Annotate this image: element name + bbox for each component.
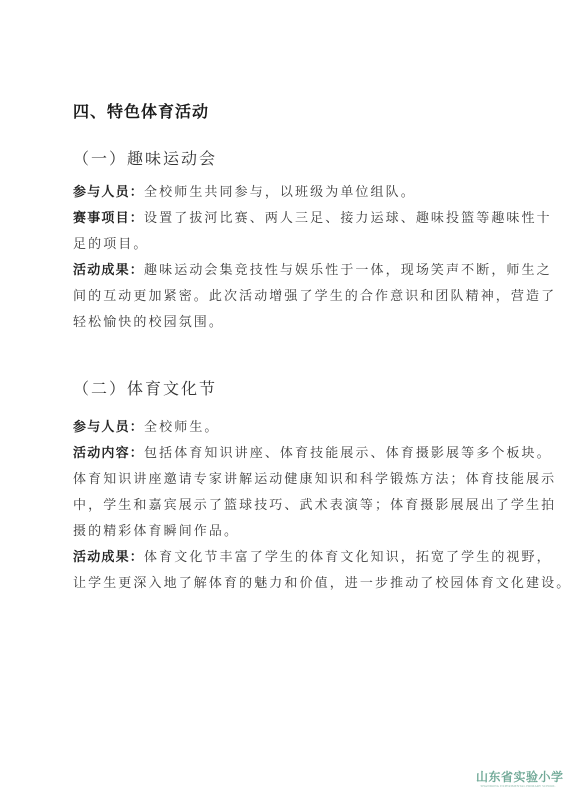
paragraph-content: 活动内容：包括体育知识讲座、体育技能展示、体育摄影展等多个板块。 体育知识讲座邀… bbox=[73, 441, 493, 545]
text-line: 摄的精彩体育瞬间作品。 bbox=[73, 519, 493, 545]
text-line: 活动成果：体育文化节丰富了学生的体育文化知识，拓宽了学生的视野， bbox=[73, 545, 493, 571]
text-line: 间的互动更加紧密。此次活动增强了学生的合作意识和团队精神，营造了 bbox=[73, 284, 493, 310]
text-line: 赛事项目：设置了拔河比赛、两人三足、接力运球、趣味投篮等趣味性十 bbox=[73, 206, 493, 232]
text-line: 活动内容：包括体育知识讲座、体育技能展示、体育摄影展等多个板块。 bbox=[73, 441, 493, 467]
paragraph-results-1: 活动成果：趣味运动会集竞技性与娱乐性于一体，现场笑声不断，师生之 间的互动更加紧… bbox=[73, 258, 493, 336]
field-text: 包括体育知识讲座、体育技能展示、体育摄影展等多个板块。 bbox=[144, 446, 552, 461]
field-label: 活动成果： bbox=[73, 263, 144, 278]
field-text: 全校师生。 bbox=[144, 420, 220, 435]
field-label: 活动内容： bbox=[73, 446, 144, 461]
text-line: 活动成果：趣味运动会集竞技性与娱乐性于一体，现场笑声不断，师生之 bbox=[73, 258, 493, 284]
field-text: 全校师生共同参与，以班级为单位组队。 bbox=[144, 185, 416, 200]
field-text: 趣味运动会集竞技性与娱乐性于一体，现场笑声不断，师生之 bbox=[144, 263, 552, 278]
field-label: 参与人员： bbox=[73, 185, 144, 200]
paragraph-participants-1: 参与人员：全校师生共同参与，以班级为单位组队。 bbox=[73, 180, 493, 206]
paragraph-results-2: 活动成果：体育文化节丰富了学生的体育文化知识，拓宽了学生的视野， 让学生更深入地… bbox=[73, 545, 493, 597]
field-label: 赛事项目： bbox=[73, 211, 144, 226]
text-line: 轻松愉快的校园氛围。 bbox=[73, 310, 493, 336]
text-line: 中，学生和嘉宾展示了篮球技巧、武术表演等；体育摄影展展出了学生拍 bbox=[73, 493, 493, 519]
field-text: 体育文化节丰富了学生的体育文化知识，拓宽了学生的视野， bbox=[144, 550, 552, 565]
text-line: 参与人员：全校师生共同参与，以班级为单位组队。 bbox=[73, 180, 493, 206]
subsection-heading-fun-games: （一）趣味运动会 bbox=[73, 146, 217, 169]
school-name-en: SHANDONG EXPERIMENTAL PRIMARY SCHOOL bbox=[476, 784, 560, 789]
paragraph-events: 赛事项目：设置了拔河比赛、两人三足、接力运球、趣味投篮等趣味性十 足的项目。 bbox=[73, 206, 493, 258]
text-line: 体育知识讲座邀请专家讲解运动健康知识和科学锻炼方法；体育技能展示 bbox=[73, 467, 493, 493]
text-line: 足的项目。 bbox=[73, 232, 493, 258]
school-logo: 山东省实验小学 SHANDONG EXPERIMENTAL PRIMARY SC… bbox=[476, 770, 560, 789]
section-title: 四、特色体育活动 bbox=[73, 99, 209, 122]
field-text: 设置了拔河比赛、两人三足、接力运球、趣味投篮等趣味性十 bbox=[144, 211, 552, 226]
text-line: 参与人员：全校师生。 bbox=[73, 415, 493, 441]
field-label: 参与人员： bbox=[73, 420, 144, 435]
school-name-cn: 山东省实验小学 bbox=[476, 770, 560, 784]
field-label: 活动成果： bbox=[73, 550, 144, 565]
paragraph-participants-2: 参与人员：全校师生。 bbox=[73, 415, 493, 441]
text-line: 让学生更深入地了解体育的魅力和价值，进一步推动了校园体育文化建设。 bbox=[73, 571, 493, 597]
document-page: 四、特色体育活动 （一）趣味运动会 参与人员：全校师生共同参与，以班级为单位组队… bbox=[0, 0, 565, 800]
subsection-heading-culture-festival: （二）体育文化节 bbox=[73, 376, 217, 399]
